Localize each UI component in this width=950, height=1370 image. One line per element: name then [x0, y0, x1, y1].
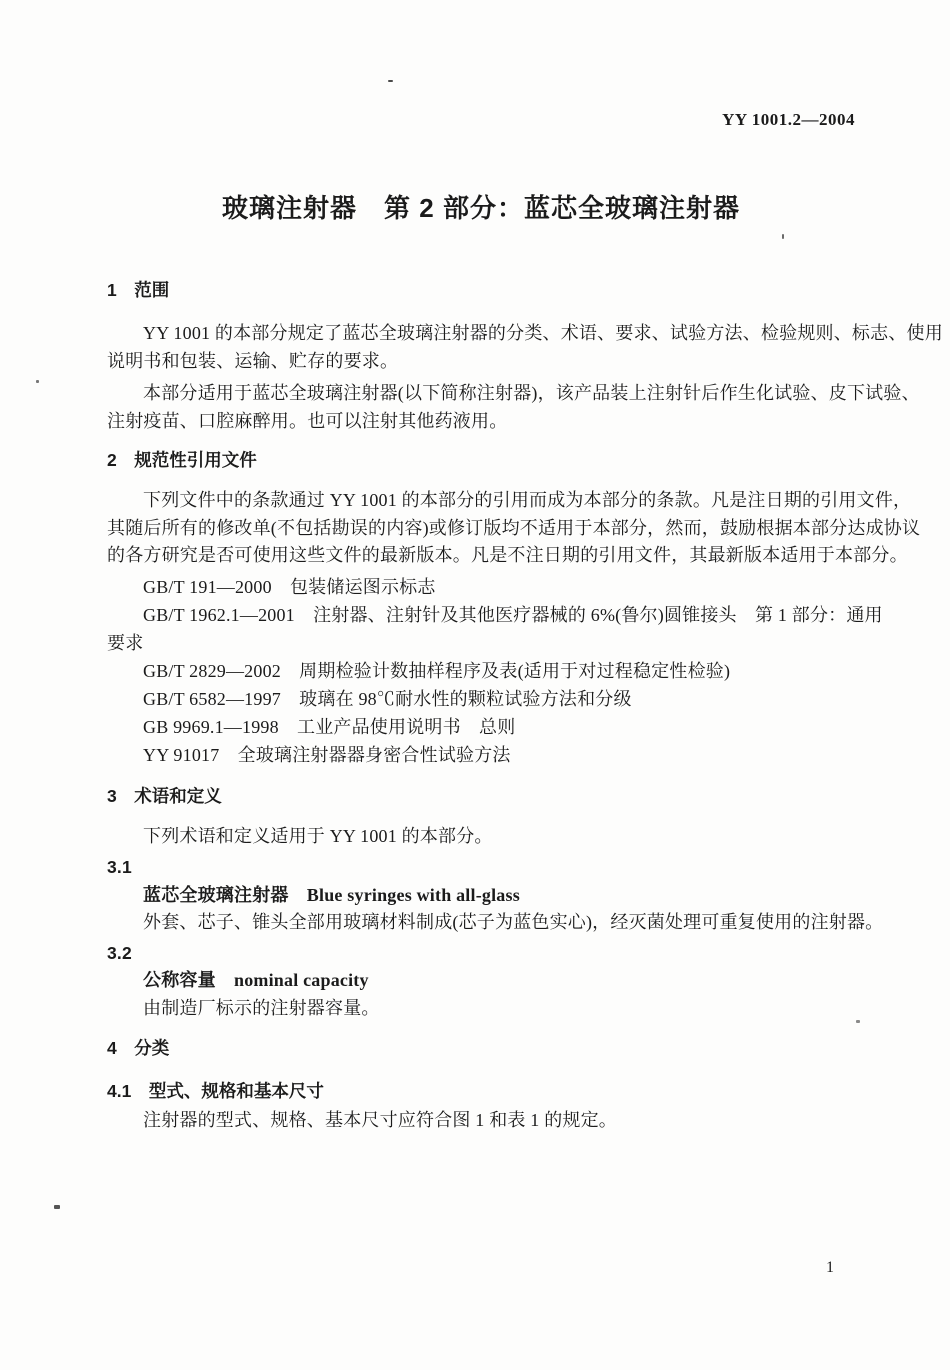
reference-item: GB/T 191—2000 包装储运图示标志 [107, 573, 855, 601]
term-nominal-capacity: 公称容量 nominal capacity [107, 967, 855, 995]
term-blue-syringes: 蓝芯全玻璃注射器 Blue syringes with all-glass [107, 882, 855, 910]
reference-item: GB/T 1962.1—2001 注射器、注射针及其他医疗器械的 6%(鲁尔)圆… [107, 601, 855, 629]
definition-line: 由制造厂标示的注射器容量。 [107, 995, 855, 1023]
paragraph-line: 说明书和包装、运输、贮存的要求。 [107, 348, 855, 376]
reference-list: GB/T 191—2000 包装储运图示标志 GB/T 1962.1—2001 … [107, 573, 855, 769]
page-content: YY 1001.2—2004 玻璃注射器 第 2 部分：蓝芯全玻璃注射器 1 范… [107, 0, 855, 1135]
paragraph-line: 注射器的型式、规格、基本尺寸应符合图 1 和表 1 的规定。 [107, 1107, 855, 1135]
document-title: 玻璃注射器 第 2 部分：蓝芯全玻璃注射器 [107, 193, 855, 223]
scope-paragraph-2: 本部分适用于蓝芯全玻璃注射器(以下简称注射器)，该产品装上注射针后作生化试验、皮… [107, 380, 855, 435]
scan-speck [54, 1205, 60, 1209]
paragraph-line: 其随后所有的修改单(不包括勘误的内容)或修订版均不适用于本部分，然而，鼓励根据本… [107, 515, 855, 543]
normative-references-paragraph: 下列文件中的条款通过 YY 1001 的本部分的引用而成为本部分的条款。凡是注日… [107, 487, 855, 570]
scope-paragraph-1: YY 1001 的本部分规定了蓝芯全玻璃注射器的分类、术语、要求、试验方法、检验… [107, 320, 855, 375]
scan-speck [388, 80, 393, 82]
section-4-heading: 4 分类 [107, 1035, 855, 1062]
section-4-1-heading: 4.1 型式、规格和基本尺寸 [107, 1078, 855, 1105]
section-1-heading: 1 范围 [107, 277, 855, 304]
paragraph-line: 的各方研究是否可使用这些文件的最新版本。凡是不注日期的引用文件，其最新版本适用于… [107, 542, 855, 570]
paragraph-line: YY 1001 的本部分规定了蓝芯全玻璃注射器的分类、术语、要求、试验方法、检验… [107, 320, 855, 348]
definition-line: 外套、芯子、锥头全部用玻璃材料制成(芯子为蓝色实心)，经灭菌处理可重复使用的注射… [107, 909, 855, 937]
reference-item-continuation: 要求 [107, 629, 855, 657]
reference-item: GB/T 6582—1997 玻璃在 98℃耐水性的颗粒试验方法和分级 [107, 685, 855, 713]
scan-speck [782, 234, 784, 239]
section-2-heading: 2 规范性引用文件 [107, 447, 855, 474]
reference-item: GB/T 2829—2002 周期检验计数抽样程序及表(适用于对过程稳定性检验) [107, 657, 855, 685]
terms-intro-line: 下列术语和定义适用于 YY 1001 的本部分。 [107, 823, 855, 851]
standard-number: YY 1001.2—2004 [107, 110, 855, 130]
section-3-heading: 3 术语和定义 [107, 783, 855, 810]
clause-number-3-1: 3.1 [107, 854, 855, 882]
paragraph-line: 注射疫苗、口腔麻醉用。也可以注射其他药液用。 [107, 408, 855, 436]
reference-item: GB 9969.1—1998 工业产品使用说明书 总则 [107, 713, 855, 741]
page-number: 1 [826, 1258, 834, 1278]
reference-item: YY 91017 全玻璃注射器器身密合性试验方法 [107, 741, 855, 769]
scan-speck [856, 1020, 860, 1023]
scan-speck [36, 380, 39, 383]
paragraph-line: 下列文件中的条款通过 YY 1001 的本部分的引用而成为本部分的条款。凡是注日… [107, 487, 855, 515]
scanned-document-page: YY 1001.2—2004 玻璃注射器 第 2 部分：蓝芯全玻璃注射器 1 范… [0, 0, 950, 1370]
paragraph-line: 本部分适用于蓝芯全玻璃注射器(以下简称注射器)，该产品装上注射针后作生化试验、皮… [107, 380, 855, 408]
clause-number-3-2: 3.2 [107, 940, 855, 968]
